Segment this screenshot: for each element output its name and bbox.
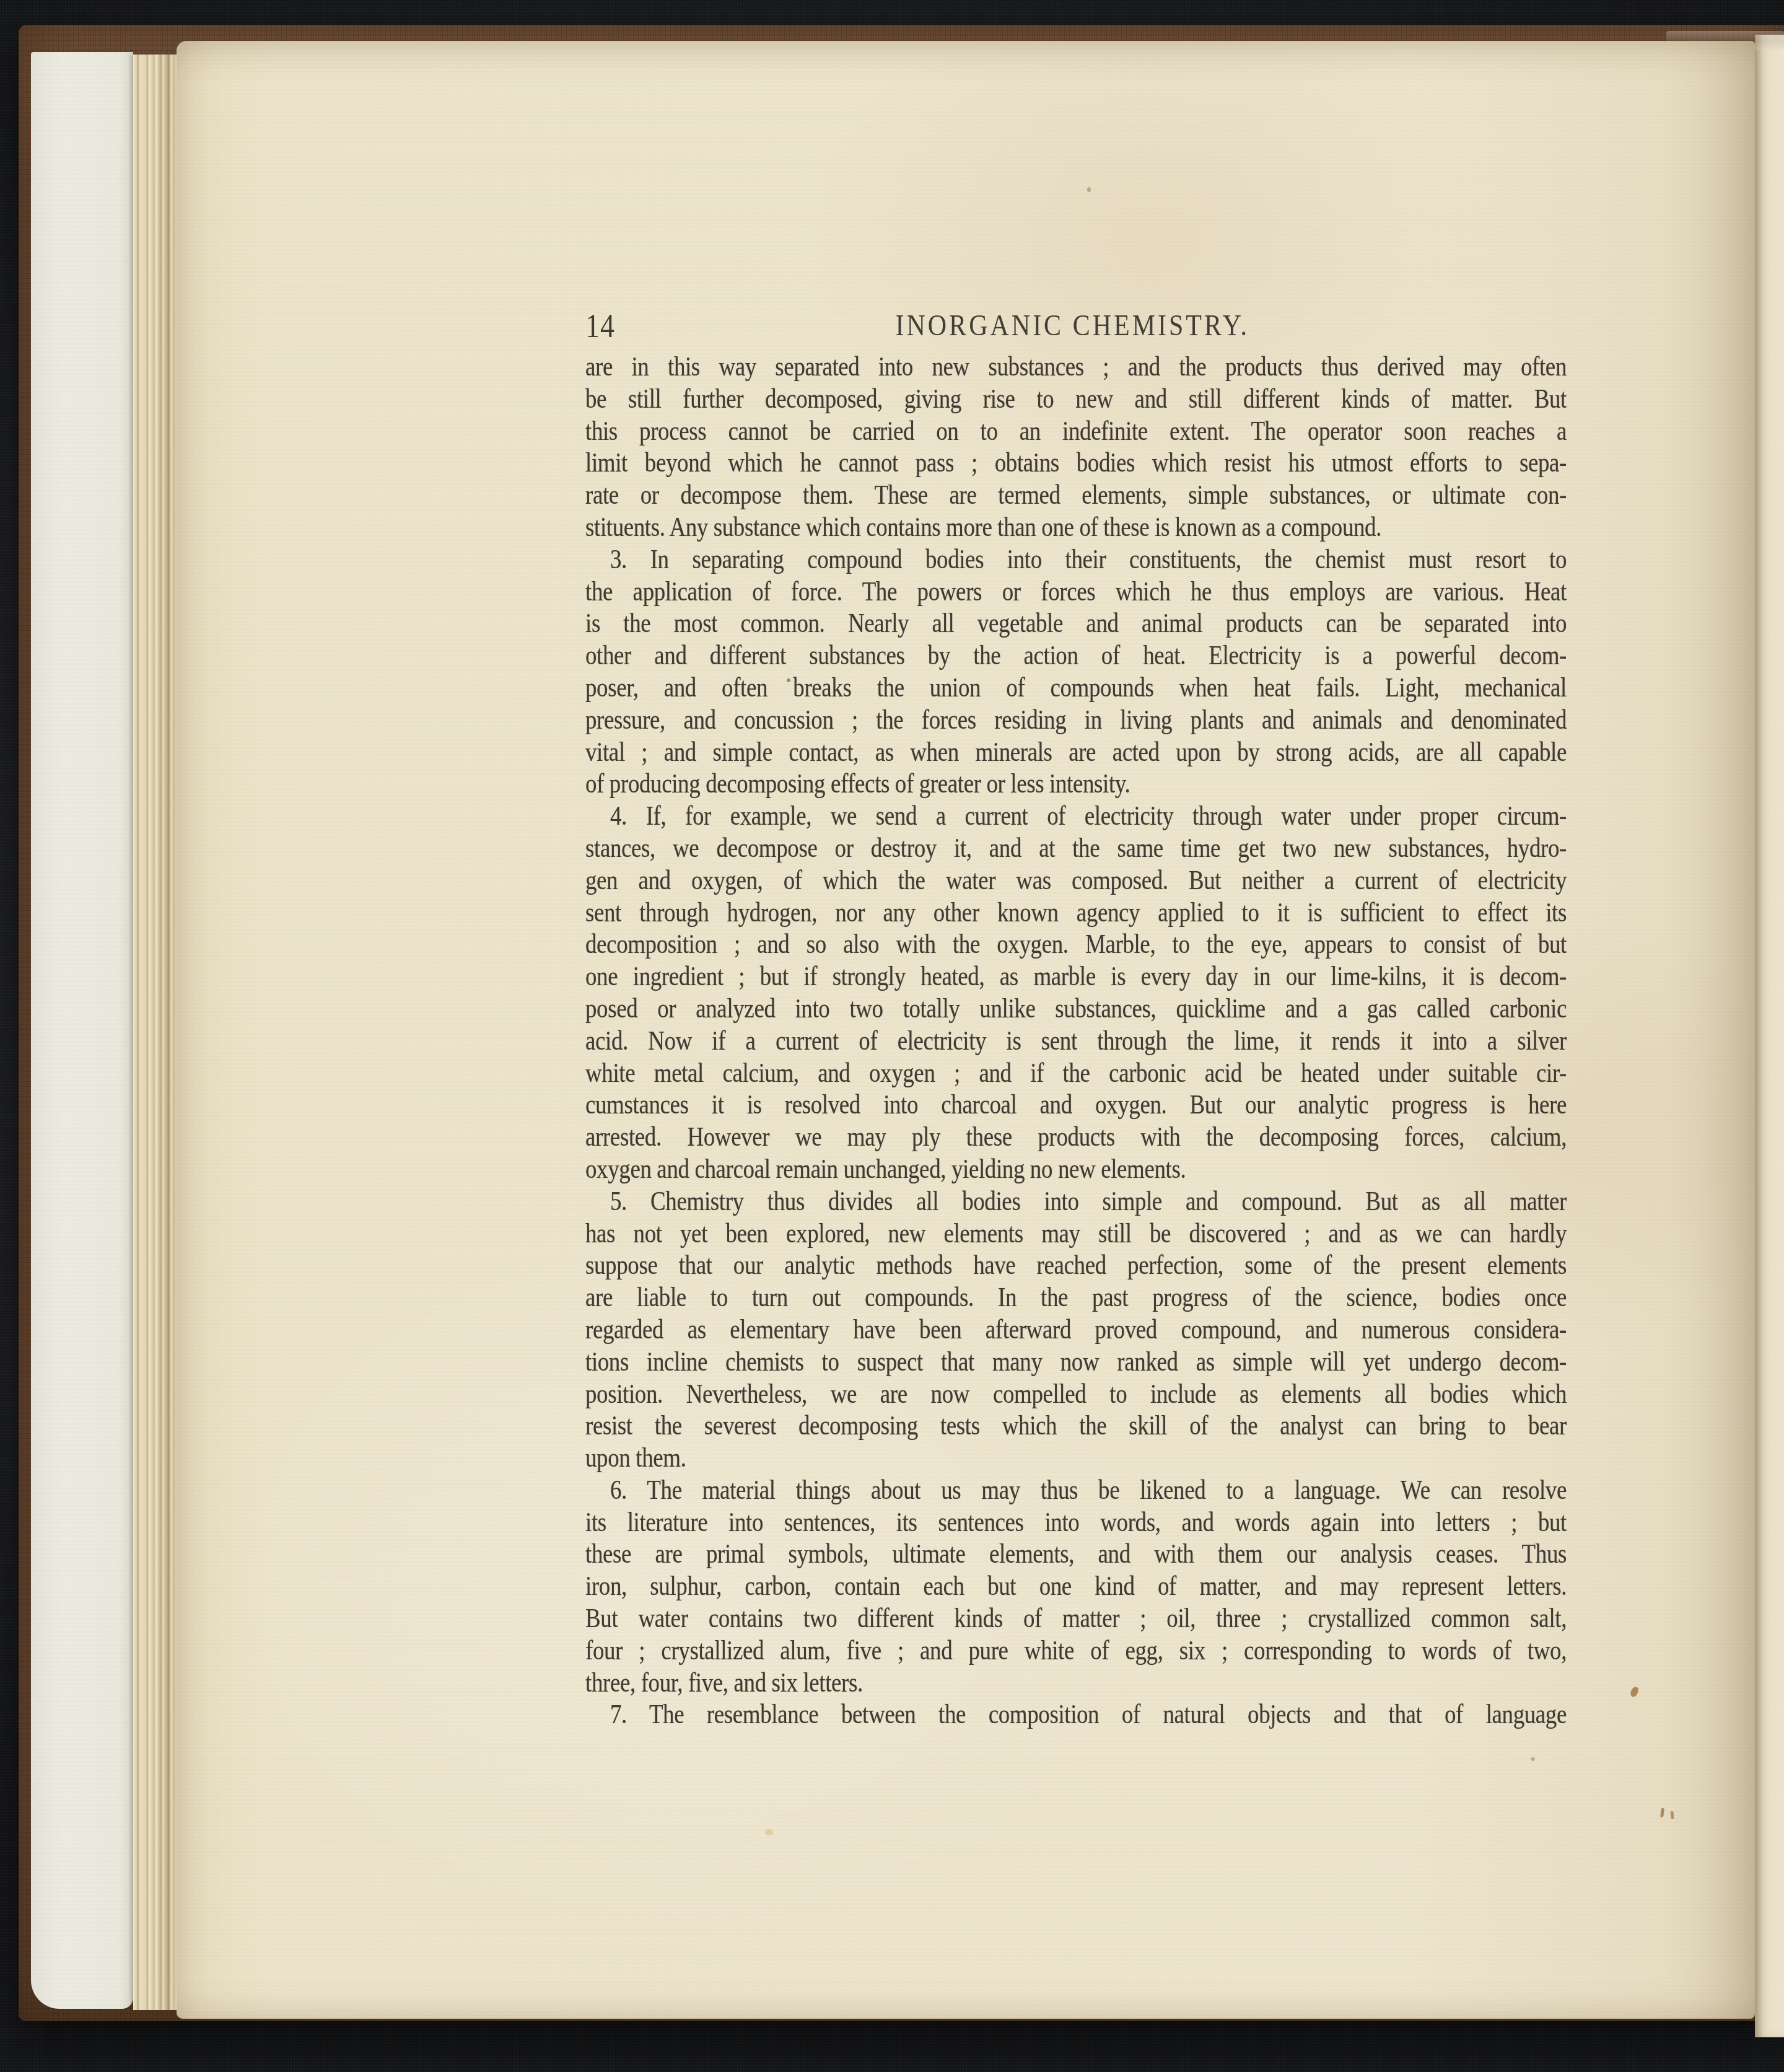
page-number: 14 <box>585 306 615 345</box>
page-edge-stack <box>133 55 178 2010</box>
paper-speck <box>1630 1686 1640 1698</box>
paper-speck <box>787 678 790 682</box>
photo-backdrop: 14 INORGANIC CHEMISTRY. are in this way … <box>0 0 1784 2072</box>
page-header: 14 INORGANIC CHEMISTRY. <box>585 311 1567 345</box>
body-text: are in this way separated into new subst… <box>585 353 1567 1733</box>
gutter-page-edge <box>1755 35 1784 2037</box>
book-page: 14 INORGANIC CHEMISTRY. are in this way … <box>177 41 1755 2019</box>
paper-speck <box>1087 187 1091 192</box>
flyleaf-page <box>31 52 133 2009</box>
paper-speck <box>765 1829 773 1835</box>
text-line: 7. The resemblance between the compositi… <box>585 1696 1567 1735</box>
paper-speck <box>1531 1757 1535 1761</box>
running-head: INORGANIC CHEMISTRY. <box>895 309 1249 343</box>
paper-speck <box>1670 1811 1674 1819</box>
paper-speck <box>1660 1808 1664 1817</box>
